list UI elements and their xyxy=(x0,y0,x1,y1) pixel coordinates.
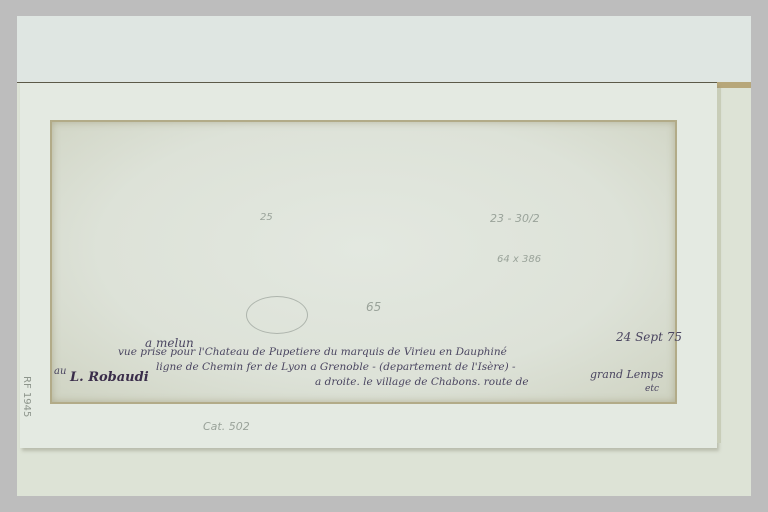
pencil-number-mark: 65 xyxy=(366,300,381,314)
inscription-right-note: grand Lemps xyxy=(590,368,663,381)
mount-edge-strip xyxy=(717,82,751,88)
mount-shadow xyxy=(717,88,721,443)
inscription-line-3: a droite. le village de Chabons. route d… xyxy=(315,376,529,388)
inscription-right-sub: etc xyxy=(645,384,659,394)
signature: L. Robaudi xyxy=(70,370,149,385)
pencil-small-mark: 25 xyxy=(260,212,273,223)
inventory-number: RF 1945 xyxy=(21,376,32,417)
inscription-line-2: ligne de Chemin fer de Lyon a Grenoble -… xyxy=(156,361,516,373)
pencil-dimensions-bottom: 64 x 386 xyxy=(497,254,541,265)
pencil-dimensions-top: 23 - 30/2 xyxy=(490,212,540,225)
inscription-left-prefix: au xyxy=(54,366,66,377)
pencil-sketch xyxy=(246,296,308,334)
inscription-line-1: vue prise pour l'Chateau de Pupetiere du… xyxy=(118,346,507,358)
inscription-date: 24 Sept 75 xyxy=(616,330,682,344)
collection-note: Cat. 502 xyxy=(203,420,250,433)
top-sheet xyxy=(17,16,751,83)
